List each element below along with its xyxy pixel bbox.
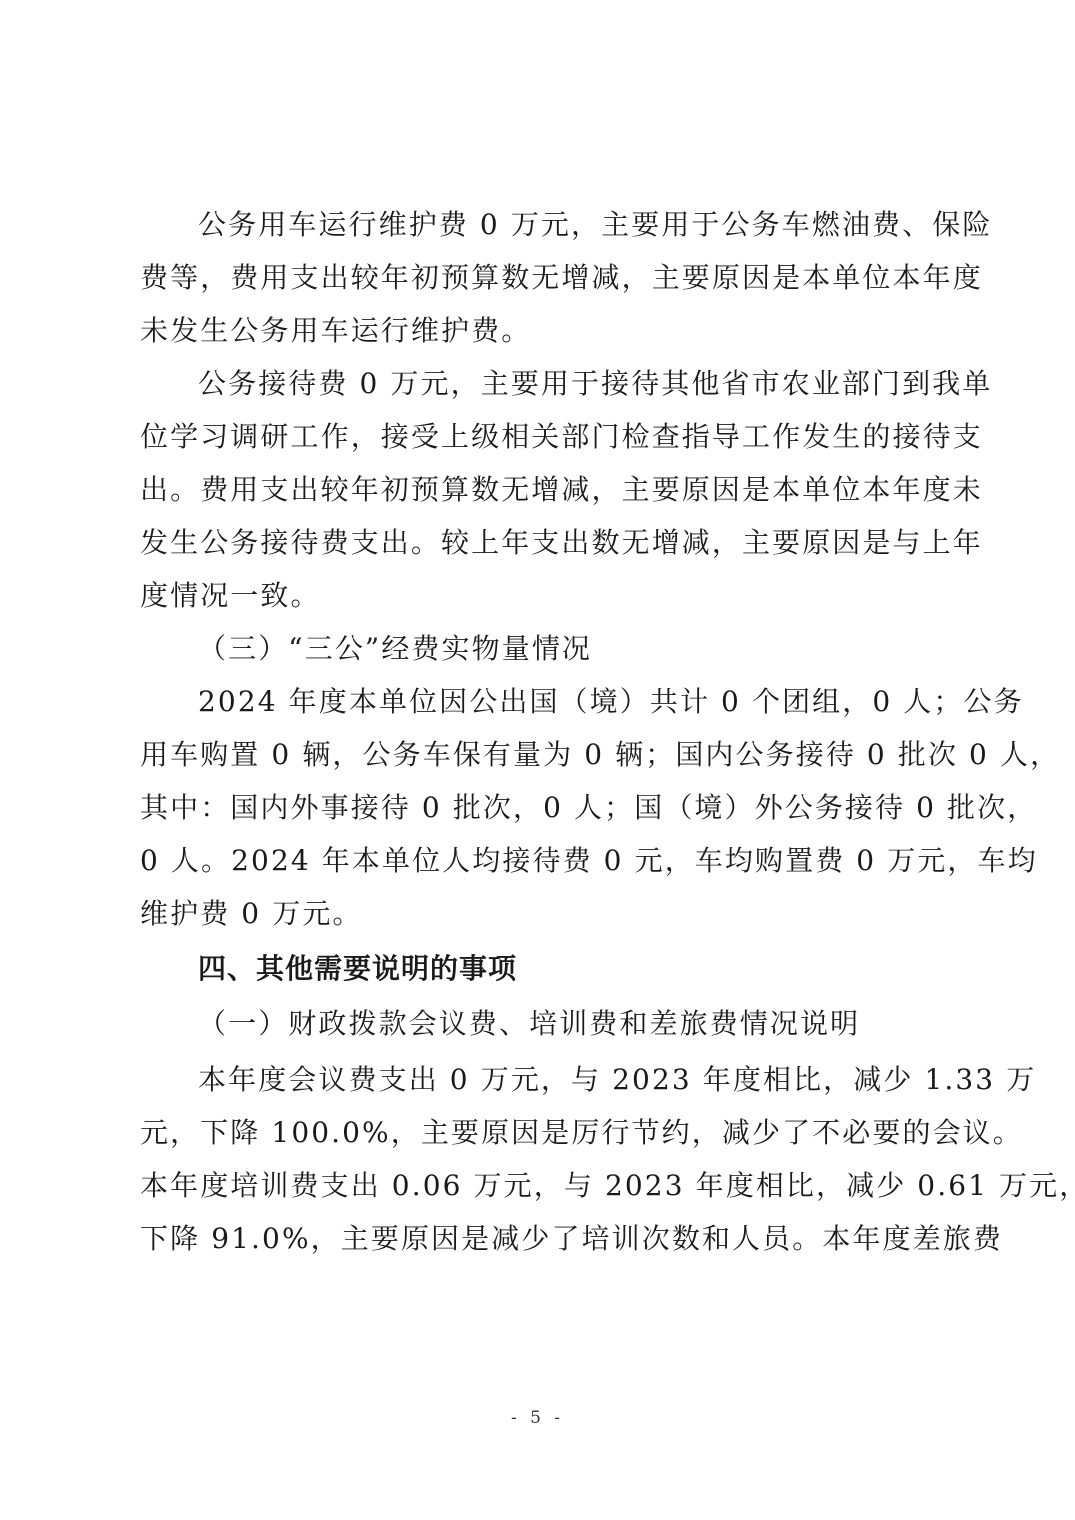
paragraph-line: 维护费 0 万元。 bbox=[140, 897, 940, 931]
paragraph-line: 2024 年度本单位因公出国（境）共计 0 个团组，0 人；公务 bbox=[198, 685, 940, 719]
paragraph-line: 位学习调研工作，接受上级相关部门检查指导工作发生的接待支 bbox=[140, 420, 940, 454]
paragraph-line: 用车购置 0 辆，公务车保有量为 0 辆；国内公务接待 0 批次 0 人， bbox=[140, 738, 940, 772]
paragraph-line: 未发生公务用车运行维护费。 bbox=[140, 314, 940, 348]
subsection-heading: （一）财政拨款会议费、培训费和差旅费情况说明 bbox=[198, 1007, 940, 1041]
document-page: 公务用车运行维护费 0 万元，主要用于公务车燃油费、保险 费等，费用支出较年初预… bbox=[0, 0, 1075, 1520]
paragraph-line: 出。费用支出较年初预算数无增减，主要原因是本单位本年度未 bbox=[140, 473, 940, 507]
paragraph-line: 其中：国内外事接待 0 批次，0 人；国（境）外公务接待 0 批次， bbox=[140, 791, 940, 825]
paragraph-line: 费等，费用支出较年初预算数无增减，主要原因是本单位本年度 bbox=[140, 261, 940, 295]
paragraph-line: 0 人。2024 年本单位人均接待费 0 元，车均购置费 0 万元，车均 bbox=[140, 844, 940, 878]
paragraph-line: 公务用车运行维护费 0 万元，主要用于公务车燃油费、保险 bbox=[198, 208, 940, 242]
paragraph-line: 度情况一致。 bbox=[140, 579, 940, 613]
paragraph-line: 公务接待费 0 万元，主要用于接待其他省市农业部门到我单 bbox=[198, 367, 940, 401]
section-heading: 四、其他需要说明的事项 bbox=[198, 952, 940, 986]
subsection-heading: （三）“三公”经费实物量情况 bbox=[198, 632, 940, 666]
paragraph-line: 本年度培训费支出 0.06 万元，与 2023 年度相比，减少 0.61 万元， bbox=[140, 1169, 940, 1203]
page-number: - 5 - bbox=[0, 1408, 1075, 1428]
paragraph-line: 元，下降 100.0%，主要原因是厉行节约，减少了不必要的会议。 bbox=[140, 1116, 940, 1150]
paragraph-line: 发生公务接待费支出。较上年支出数无增减，主要原因是与上年 bbox=[140, 526, 940, 560]
paragraph-line: 本年度会议费支出 0 万元，与 2023 年度相比，减少 1.33 万 bbox=[198, 1063, 940, 1097]
paragraph-line: 下降 91.0%，主要原因是减少了培训次数和人员。本年度差旅费 bbox=[140, 1222, 940, 1256]
